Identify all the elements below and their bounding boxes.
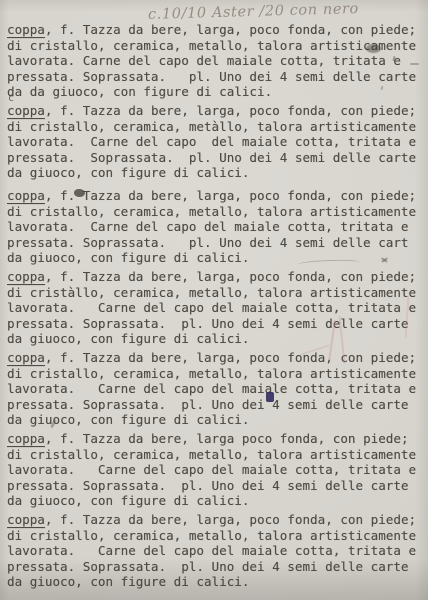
entry-term: coppa: [7, 512, 45, 527]
entry-body: , f. Tazza da bere, larga, poco fonda, c…: [7, 512, 416, 589]
entry-term: coppa: [7, 269, 45, 284]
entry-body: , f. Tazza da bere, larga, poco fonda, c…: [7, 188, 416, 265]
dictionary-entry-5: coppa, f. Tazza da bere, larga, poco fon…: [7, 350, 421, 428]
entry-term: coppa: [7, 188, 45, 203]
dictionary-entry-4: coppa, f. Tazza da bere, larga, poco fon…: [7, 269, 421, 347]
document-page: c.10/10 Aster /20 con nero coppa, f. Taz…: [0, 0, 428, 600]
entry-body: , f. Tazza da bere, larga, poco fonda, c…: [7, 103, 416, 180]
entry-term: coppa: [7, 22, 45, 37]
dictionary-entry-6: coppa, f. Tazza da bere, larga poco fond…: [7, 431, 421, 509]
handwritten-annotation: c.10/10 Aster /20 con nero: [148, 0, 424, 23]
entry-body: , f. Tazza da bere, larga, poco fonda, c…: [7, 350, 416, 427]
dictionary-entry-3: coppa, f. Tazza da bere, larga, poco fon…: [7, 188, 421, 266]
entry-term: coppa: [7, 350, 45, 365]
entry-term: coppa: [7, 103, 45, 118]
entry-body: , f. Tazza da bere, larga poco fonda, co…: [7, 431, 416, 508]
entry-body: , f. Tazza da bere, larga, poco fonda, c…: [7, 269, 416, 346]
entry-body: , f. Tazza da bere, larga, poco fonda, c…: [7, 22, 416, 99]
dictionary-entry-7: coppa, f. Tazza da bere, larga, poco fon…: [7, 512, 421, 590]
dictionary-entry-2: coppa, f. Tazza da bere, larga, poco fon…: [7, 103, 421, 181]
dictionary-entry-1: coppa, f. Tazza da bere, larga, poco fon…: [7, 22, 421, 100]
entry-term: coppa: [7, 431, 45, 446]
